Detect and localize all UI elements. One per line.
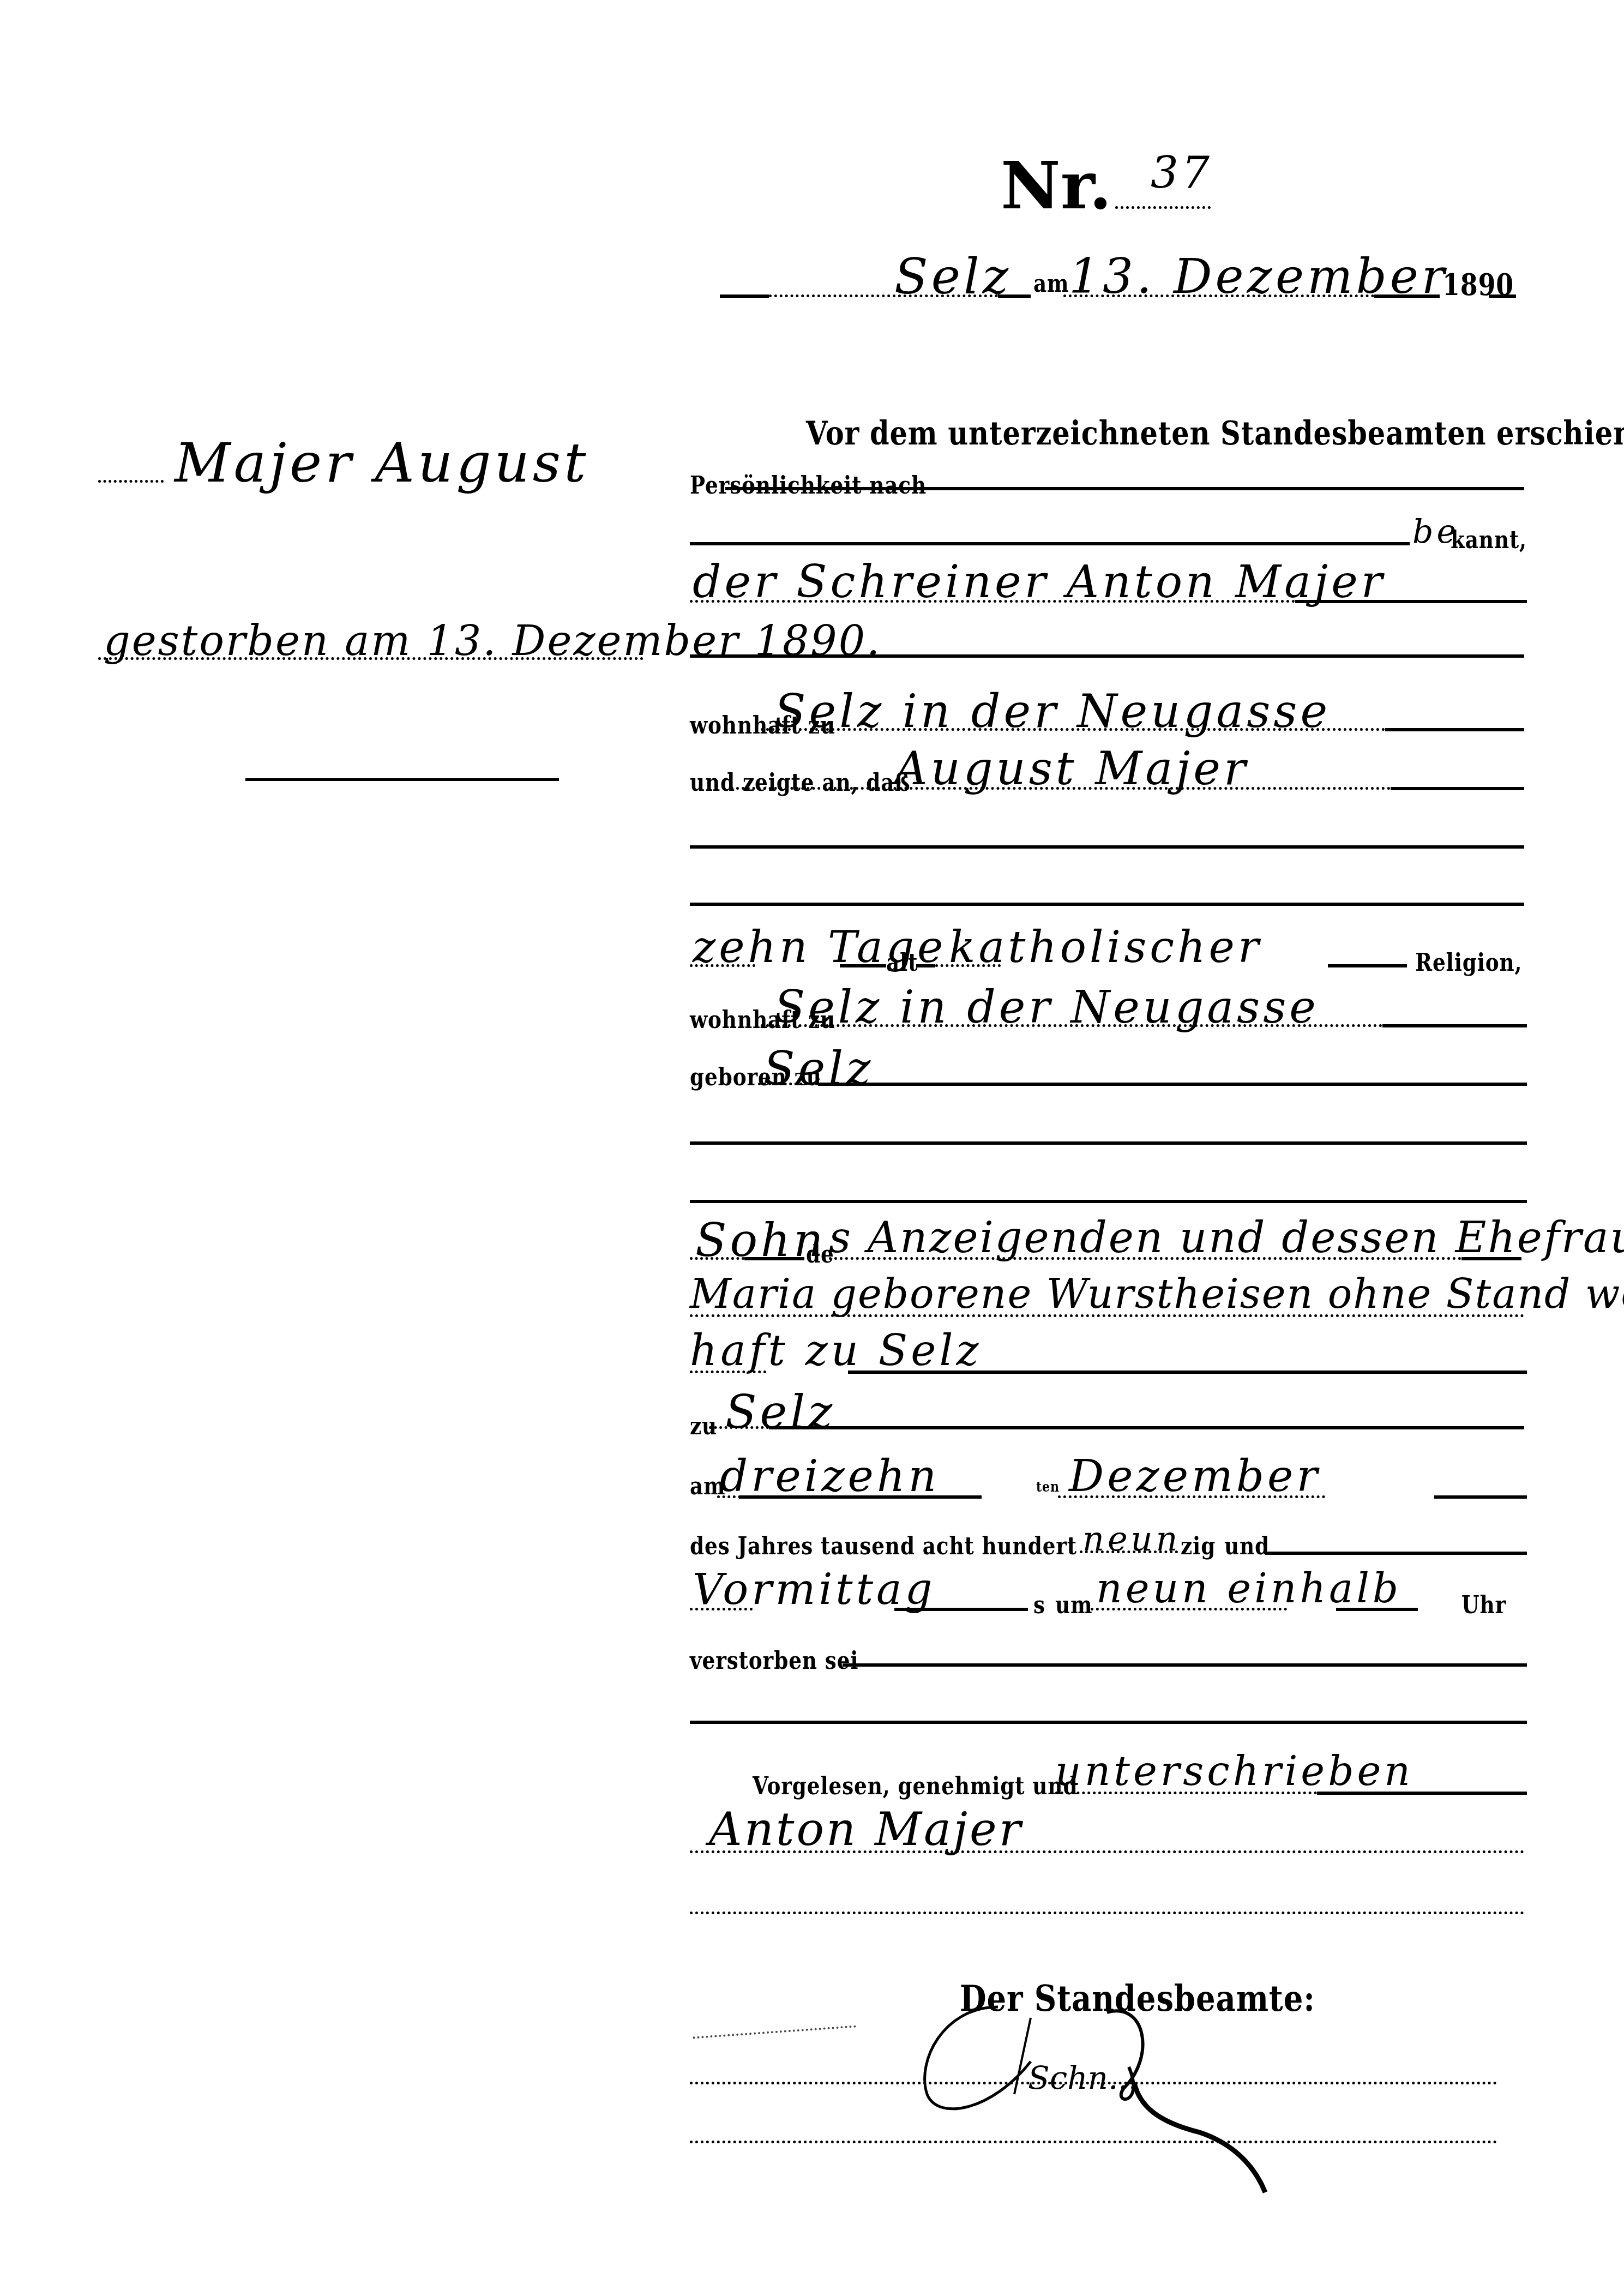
time-value: neun einhalb: [1096, 1565, 1402, 1612]
age-rule: [840, 964, 886, 967]
death-month: Dezember: [1069, 1451, 1321, 1501]
blank-rule-6: [690, 1721, 1527, 1724]
birthplace-rule: [818, 1083, 1527, 1086]
register-number-label: Nr.: [1001, 147, 1112, 224]
informant-residence: Selz in der Neugasse: [774, 684, 1331, 738]
parent-line-2: Maria geborene Wurstheisen ohne Stand wo…: [690, 1271, 1624, 1318]
religion-rule: [1328, 964, 1407, 967]
birthplace: Selz: [763, 1042, 874, 1095]
death-day: dreizehn: [720, 1451, 940, 1501]
deceased-name: August Majer: [894, 742, 1249, 795]
time-s: s: [1033, 1591, 1045, 1619]
registrar-signature: Schn...: [1028, 2059, 1138, 2096]
year-and: und: [1224, 1532, 1270, 1560]
parent-line-3: haft zu Selz: [690, 1326, 982, 1375]
time-of-day-rule: [894, 1608, 1028, 1611]
header-rule-left: [720, 294, 769, 298]
time-um: um: [1055, 1591, 1092, 1619]
registrar-signature-flourish: Schn...: [763, 1996, 1527, 2214]
margin-separator: [245, 778, 559, 781]
died-label: verstorben sei: [690, 1647, 858, 1675]
parent-line-1: s Anzeigenden und dessen Ehefrau: [829, 1213, 1624, 1263]
death-place: Selz: [725, 1385, 835, 1439]
register-place: Selz: [894, 248, 1012, 305]
date-prefix: am: [1033, 270, 1069, 298]
religion-value: katholischer: [949, 922, 1262, 972]
margin-dotted-line: [98, 480, 164, 483]
religion-rule-left: [916, 964, 935, 967]
known-suffix: kannt,: [1451, 526, 1527, 554]
death-day-suffix: ten: [1036, 1479, 1060, 1495]
approved-rule: [1317, 1792, 1527, 1795]
year-decade: neun: [1082, 1519, 1181, 1559]
identity-rule: [725, 487, 1524, 490]
blank-rule-1: [690, 654, 1524, 658]
approved-hand: unterschrieben: [1055, 1748, 1414, 1795]
time-label: Uhr: [1461, 1591, 1506, 1619]
deceased-residence: Selz in der Neugasse: [774, 982, 1319, 1033]
death-place-rule: [769, 1426, 1524, 1429]
blank-dotted-line: [690, 1912, 1524, 1914]
informant-signature[interactable]: Anton Majer: [709, 1802, 1023, 1856]
informant-name: der Schreiner Anton Majer: [693, 556, 1386, 608]
year-rule: [1265, 1552, 1527, 1555]
deceased-rule: [1391, 787, 1524, 790]
parent-rule-3: [848, 1371, 1527, 1374]
informant-residence-rule: [1385, 728, 1524, 731]
margin-name: Majer August: [175, 431, 589, 495]
died-rule: [843, 1663, 1527, 1667]
religion-label: Religion,: [1415, 949, 1522, 977]
register-number-value: 37: [1151, 147, 1213, 198]
age-label: alt: [886, 949, 918, 977]
approved-label: Vorgelesen, genehmigt und: [753, 1772, 1078, 1800]
death-day-rule: [739, 1495, 982, 1499]
reported-label: und zeigte an, daß: [690, 769, 911, 797]
blank-rule-4: [690, 1141, 1527, 1145]
known-rule: [690, 542, 1410, 545]
header-rule-right: [1374, 294, 1440, 298]
time-value-rule: [1336, 1608, 1418, 1611]
blank-rule-5: [690, 1200, 1527, 1203]
parent-rule-1b: [1461, 1257, 1521, 1260]
parent-rule-1: [744, 1257, 804, 1260]
deceased-residence-rule: [1382, 1024, 1527, 1027]
header-rule-end: [1489, 294, 1516, 298]
form-intro: Vor dem unterzeichneten Standesbeamten e…: [806, 414, 1624, 453]
time-of-day: Vormittag: [693, 1565, 935, 1614]
year-prefix: des Jahres tausend acht hundert: [690, 1532, 1077, 1560]
informant-rule: [1295, 600, 1527, 603]
blank-rule-3: [690, 903, 1524, 906]
number-dotted-line: [1115, 206, 1211, 209]
year-suffix: zig: [1181, 1532, 1216, 1560]
identity-label: Persönlichkeit nach: [690, 472, 927, 500]
blank-rule-2: [690, 845, 1524, 849]
header-rule-mid: [998, 294, 1031, 298]
death-month-rule: [1434, 1495, 1527, 1499]
